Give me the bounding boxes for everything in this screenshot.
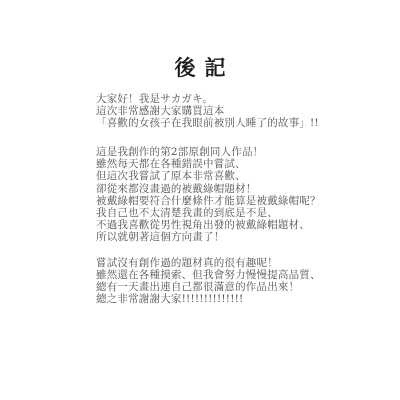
text-line: 這是我創作的第2部原創同人作品！ [96, 146, 380, 158]
text-line: 總之非常謝謝大家!!!!!!!!!!!!!! [96, 293, 380, 305]
page-title: 後記 [0, 52, 400, 82]
paragraph-creation-notes: 這是我創作的第2部原創同人作品！ 雖然每天都在各種錯誤中嘗試、 但這次我嘗試了原… [96, 146, 380, 243]
paragraph-greeting: 大家好！我是サカガキ。 這次非常感謝大家購買這本 「喜歡的女孩子在我眼前被別人睡… [96, 93, 380, 129]
text-line: 這次非常感謝大家購買這本 [96, 105, 380, 117]
text-line: 嘗試沒有創作過的題材真的很有趣呢！ [96, 257, 380, 269]
text-line: 雖然還在各種摸索、但我會努力慢慢提高品質、 [96, 269, 380, 281]
afterword-page: 後記 大家好！我是サカガキ。 這次非常感謝大家購買這本 「喜歡的女孩子在我眼前被… [0, 0, 400, 400]
text-line: 卻從來都沒畫過的被戴綠帽題材！ [96, 183, 380, 195]
text-line: 不過我喜歡從男性視角出發的被戴綠帽題材、 [96, 219, 380, 231]
text-line: 總有一天畫出連自己都很滿意的作品出來！ [96, 281, 380, 293]
text-line: 大家好！我是サカガキ。 [96, 93, 380, 105]
text-line: 「喜歡的女孩子在我眼前被別人睡了的故事」!! [96, 117, 380, 129]
afterword-body: 大家好！我是サカガキ。 這次非常感謝大家購買這本 「喜歡的女孩子在我眼前被別人睡… [96, 93, 380, 305]
text-line: 我自己也不太清楚我畫的到底是不是、 [96, 207, 380, 219]
text-line: 所以就朝著這個方向畫了！ [96, 231, 380, 243]
paragraph-closing-thanks: 嘗試沒有創作過的題材真的很有趣呢！ 雖然還在各種摸索、但我會努力慢慢提高品質、 … [96, 257, 380, 305]
text-line: 雖然每天都在各種錯誤中嘗試、 [96, 158, 380, 170]
text-line: 但這次我嘗試了原本非常喜歡、 [96, 170, 380, 182]
text-line: 被戴綠帽要符合什麼條件才能算是被戴綠帽呢？ [96, 195, 380, 207]
